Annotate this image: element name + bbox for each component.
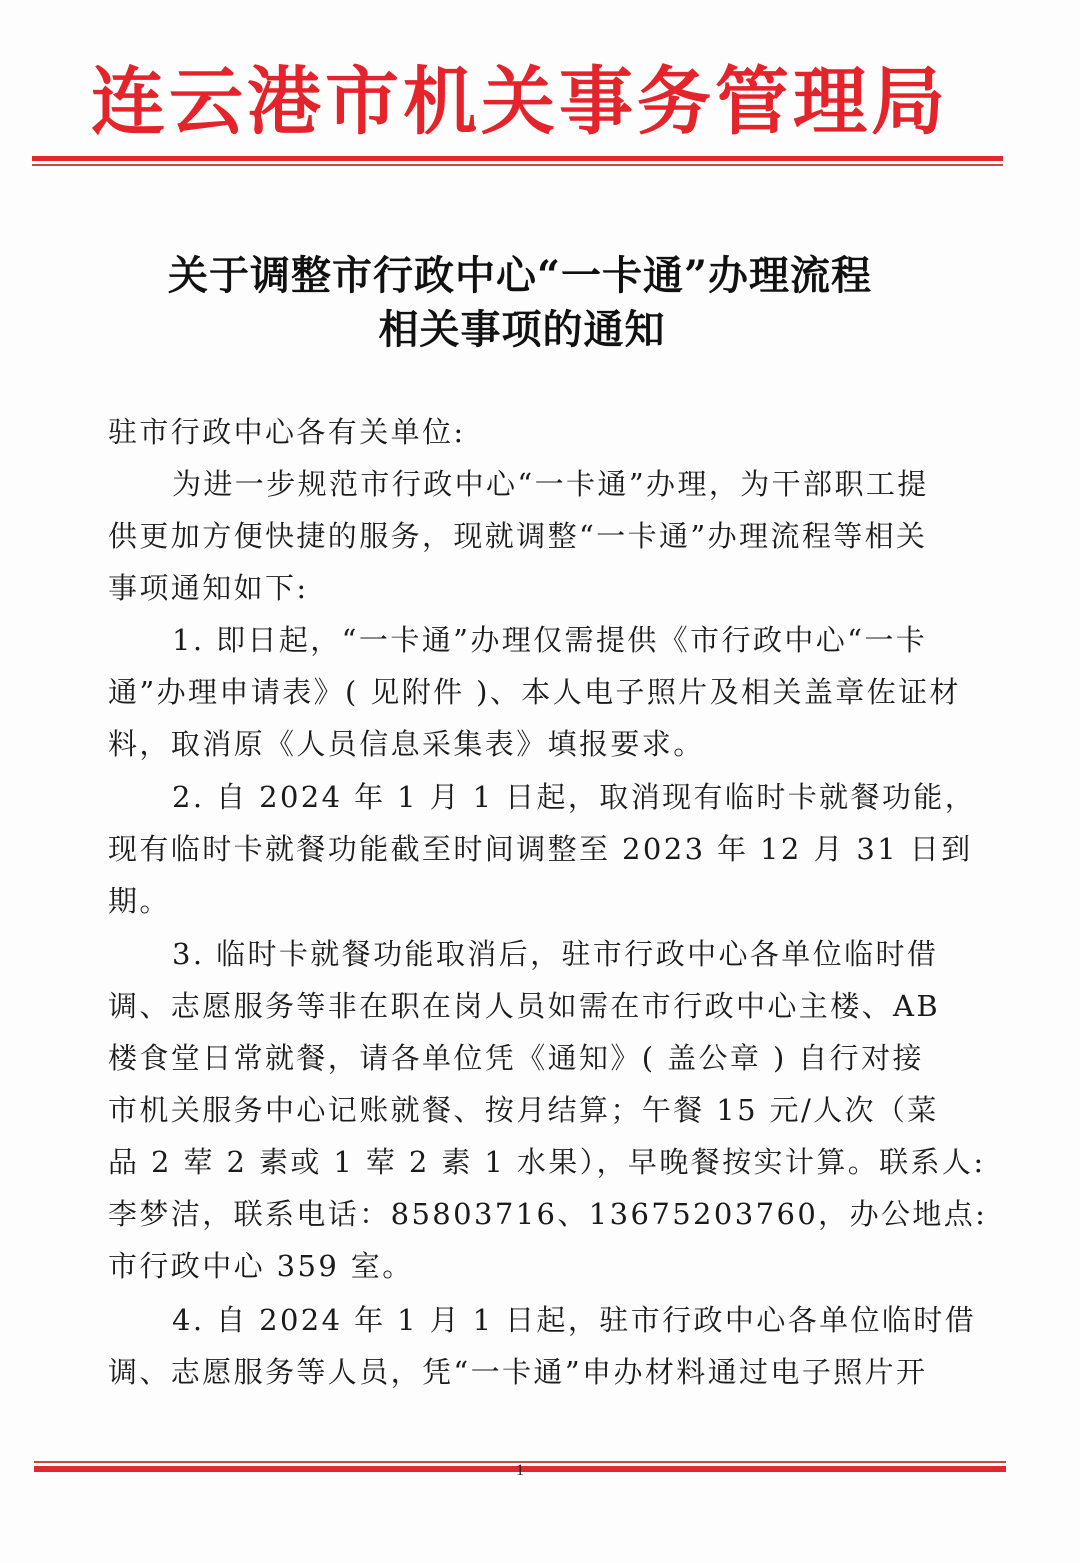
paragraph-line: 品 2 荤 2 素或 1 荤 2 素 1 水果），早晚餐按实计算。联系人: bbox=[108, 1142, 940, 1182]
paragraph-line: 3. 临时卡就餐功能取消后，驻市行政中心各单位临时借 bbox=[172, 934, 1004, 974]
paragraph-line: 通”办理申请表》( 见附件 )、本人电子照片及相关盖章佐证材 bbox=[108, 672, 940, 712]
paragraph-line: 料，取消原《人员信息采集表》填报要求。 bbox=[108, 724, 940, 764]
header-rule-thin bbox=[32, 164, 1003, 166]
paragraph-line: 为进一步规范市行政中心“一卡通”办理，为干部职工提 bbox=[172, 464, 1004, 504]
paragraph-line: 调、志愿服务等非在职在岗人员如需在市行政中心主楼、AB bbox=[108, 986, 940, 1026]
paragraph-line: 李梦洁，联系电话：85803716、13675203760，办公地点: bbox=[108, 1194, 940, 1234]
paragraph-line: 市机关服务中心记账就餐、按月结算；午餐 15 元/人次（菜 bbox=[108, 1090, 940, 1130]
paragraph-line: 现有临时卡就餐功能截至时间调整至 2023 年 12 月 31 日到 bbox=[108, 829, 940, 869]
paragraph-line: 供更加方便快捷的服务，现就调整“一卡通”办理流程等相关 bbox=[108, 516, 940, 556]
paragraph-line: 2. 自 2024 年 1 月 1 日起，取消现有临时卡就餐功能， bbox=[172, 777, 1004, 817]
paragraph-line: 1. 即日起，“一卡通”办理仅需提供《市行政中心“一卡 bbox=[172, 620, 1004, 660]
page-number: 1 bbox=[516, 1462, 524, 1480]
paragraph-line: 事项通知如下: bbox=[108, 568, 940, 608]
paragraph-line: 调、志愿服务等人员，凭“一卡通”申办材料通过电子照片开 bbox=[108, 1352, 940, 1392]
paragraph-line: 市行政中心 359 室。 bbox=[108, 1246, 940, 1286]
document-title-line-2: 相关事项的通知 bbox=[0, 298, 1062, 355]
paragraph-line: 楼食堂日常就餐，请各单位凭《通知》( 盖公章 ) 自行对接 bbox=[108, 1038, 940, 1078]
header-rule-thick bbox=[32, 156, 1003, 161]
letterhead-org-name: 连云港市机关事务管理局 bbox=[0, 56, 1040, 148]
paragraph-line: 4. 自 2024 年 1 月 1 日起，驻市行政中心各单位临时借 bbox=[172, 1300, 1004, 1340]
salutation: 驻市行政中心各有关单位: bbox=[108, 412, 940, 452]
paragraph-line: 期。 bbox=[108, 881, 940, 921]
document-title-line-1: 关于调整市行政中心“一卡通”办理流程 bbox=[0, 244, 1060, 301]
